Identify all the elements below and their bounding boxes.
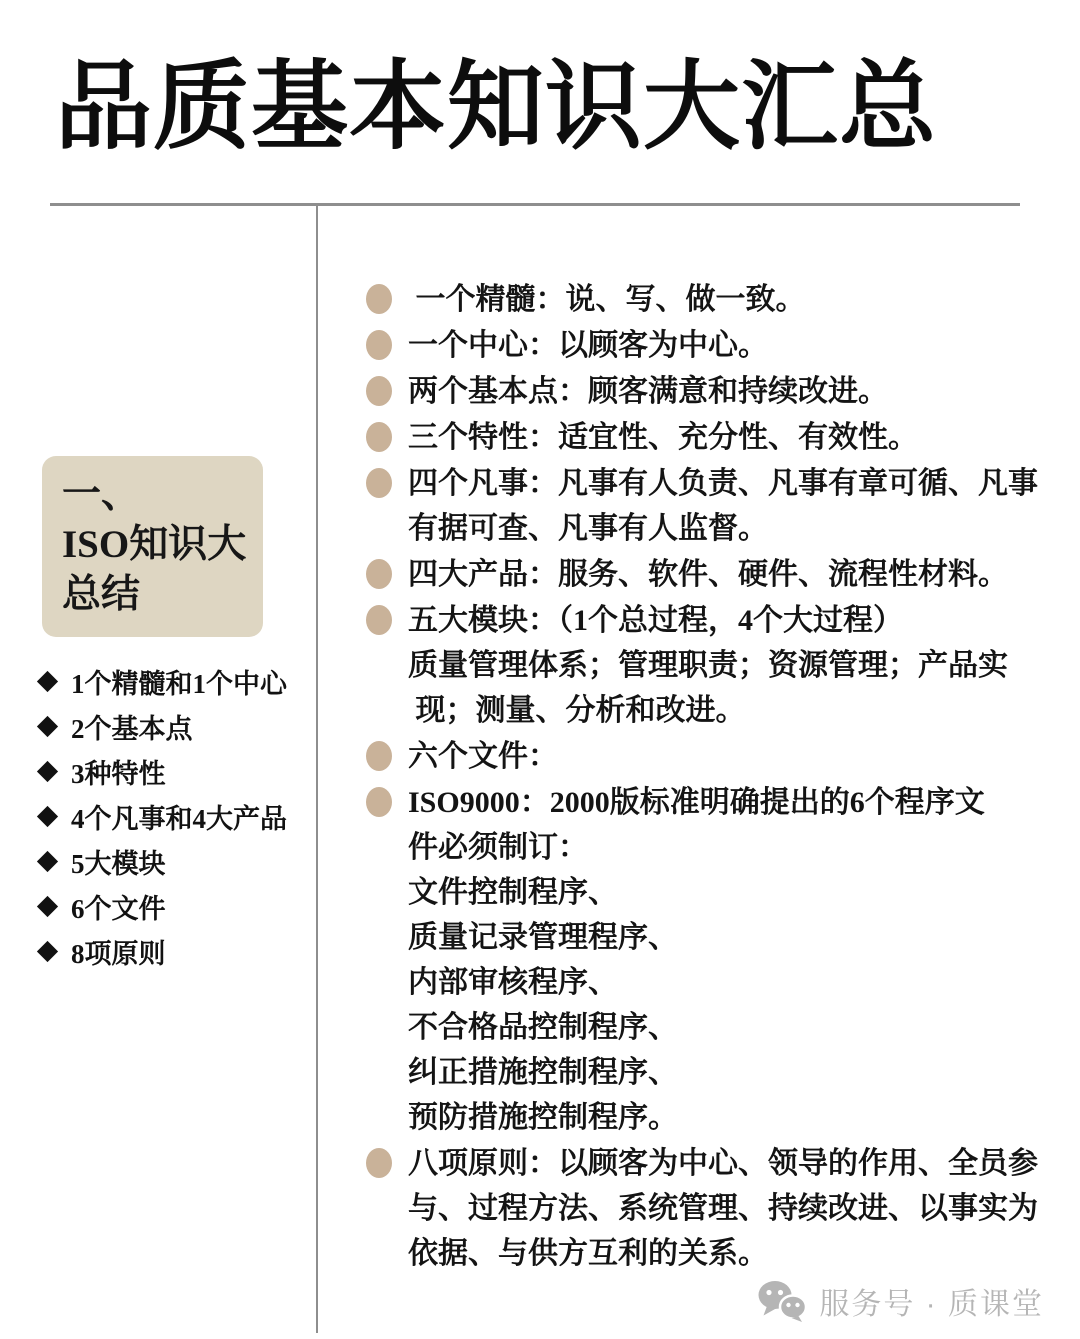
content-item-text: 一个精髓：说、写、做一致。 — [408, 277, 806, 322]
diamond-bullet-icon — [37, 716, 58, 737]
circle-bullet-icon — [366, 376, 392, 406]
sidebar-item-label: 2个基本点 — [71, 707, 193, 746]
circle-bullet-icon — [366, 787, 392, 817]
sidebar-list: 1个精髓和1个中心 2个基本点 3种特性 4个凡事和4大产品 5大模块 — [0, 659, 316, 974]
content-item: 一个中心：以顾客为中心。 — [366, 323, 1052, 368]
section-title: 一、 ISO知识大 总结 — [62, 470, 263, 620]
sidebar-list-item: 6个文件 — [40, 884, 316, 929]
circle-bullet-icon — [366, 605, 392, 635]
sidebar-item-label: 4个凡事和4大产品 — [71, 797, 287, 836]
content-item-text: 五大模块：（1个总过程，4个大过程） 质量管理体系；管理职责；资源管理；产品实 … — [408, 598, 1008, 733]
diamond-bullet-icon — [37, 671, 58, 692]
content-item: 六个文件： — [366, 734, 1052, 779]
diamond-bullet-icon — [37, 941, 58, 962]
section-box: 一、 ISO知识大 总结 — [42, 456, 263, 637]
circle-bullet-icon — [366, 330, 392, 360]
content-item: 五大模块：（1个总过程，4个大过程） 质量管理体系；管理职责；资源管理；产品实 … — [366, 598, 1052, 733]
content-item-text: 八项原则：以顾客为中心、领导的作用、全员参 与、过程方法、系统管理、持续改进、以… — [408, 1141, 1038, 1276]
circle-bullet-icon — [366, 284, 392, 314]
content-item-text: 四个凡事：凡事有人负责、凡事有章可循、凡事 有据可查、凡事有人监督。 — [408, 461, 1038, 551]
diamond-bullet-icon — [37, 851, 58, 872]
content-item: 两个基本点：顾客满意和持续改进。 — [366, 369, 1052, 414]
content-item: ISO9000：2000版标准明确提出的6个程序文 件必须制订： 文件控制程序、… — [366, 780, 1052, 1140]
circle-bullet-icon — [366, 1148, 392, 1178]
content-item: 一个精髓：说、写、做一致。 — [366, 277, 1052, 322]
circle-bullet-icon — [366, 468, 392, 498]
content-item-text: 三个特性：适宜性、充分性、有效性。 — [408, 415, 918, 460]
page-title: 品质基本知识大汇总 — [55, 28, 937, 168]
content-panel: 一个精髓：说、写、做一致。 一个中心：以顾客为中心。 两个基本点：顾客满意和持续… — [316, 206, 1080, 1333]
circle-bullet-icon — [366, 559, 392, 589]
watermark-label: 服务号 · 质课堂 — [819, 1279, 1044, 1323]
sidebar-list-item: 5大模块 — [40, 839, 316, 884]
content-item: 四大产品：服务、软件、硬件、流程性材料。 — [366, 552, 1052, 597]
sidebar-item-label: 6个文件 — [71, 887, 166, 926]
sidebar-item-label: 3种特性 — [71, 752, 166, 791]
content-item: 八项原则：以顾客为中心、领导的作用、全员参 与、过程方法、系统管理、持续改进、以… — [366, 1141, 1052, 1276]
circle-bullet-icon — [366, 741, 392, 771]
content-item-text: 四大产品：服务、软件、硬件、流程性材料。 — [408, 552, 1008, 597]
sidebar-list-item: 4个凡事和4大产品 — [40, 794, 316, 839]
sidebar-list-item: 1个精髓和1个中心 — [40, 659, 316, 704]
sidebar: 一、 ISO知识大 总结 1个精髓和1个中心 2个基本点 3种特性 4个凡事和 — [0, 206, 316, 1333]
diamond-bullet-icon — [37, 896, 58, 917]
sidebar-item-label: 1个精髓和1个中心 — [71, 662, 287, 701]
sidebar-list-item: 3种特性 — [40, 749, 316, 794]
sidebar-item-label: 5大模块 — [71, 842, 166, 881]
circle-bullet-icon — [366, 422, 392, 452]
diamond-bullet-icon — [37, 806, 58, 827]
content-item: 四个凡事：凡事有人负责、凡事有章可循、凡事 有据可查、凡事有人监督。 — [366, 461, 1052, 551]
content-item: 三个特性：适宜性、充分性、有效性。 — [366, 415, 1052, 460]
content-columns: 一、 ISO知识大 总结 1个精髓和1个中心 2个基本点 3种特性 4个凡事和 — [0, 206, 1080, 1333]
content-item-text: 一个中心：以顾客为中心。 — [408, 323, 768, 368]
watermark: 服务号 · 质课堂 — [757, 1279, 1044, 1323]
content-item-text: ISO9000：2000版标准明确提出的6个程序文 件必须制订： 文件控制程序、… — [408, 780, 985, 1140]
sidebar-item-label: 8项原则 — [71, 932, 166, 971]
content-item-text: 六个文件： — [408, 734, 558, 779]
content-item-text: 两个基本点：顾客满意和持续改进。 — [408, 369, 888, 414]
sidebar-list-item: 8项原则 — [40, 929, 316, 974]
diamond-bullet-icon — [37, 761, 58, 782]
wechat-icon — [757, 1280, 809, 1322]
poster-page: 品质基本知识大汇总 一、 ISO知识大 总结 1个精髓和1个中心 2个基本点 3… — [0, 0, 1080, 1339]
sidebar-list-item: 2个基本点 — [40, 704, 316, 749]
